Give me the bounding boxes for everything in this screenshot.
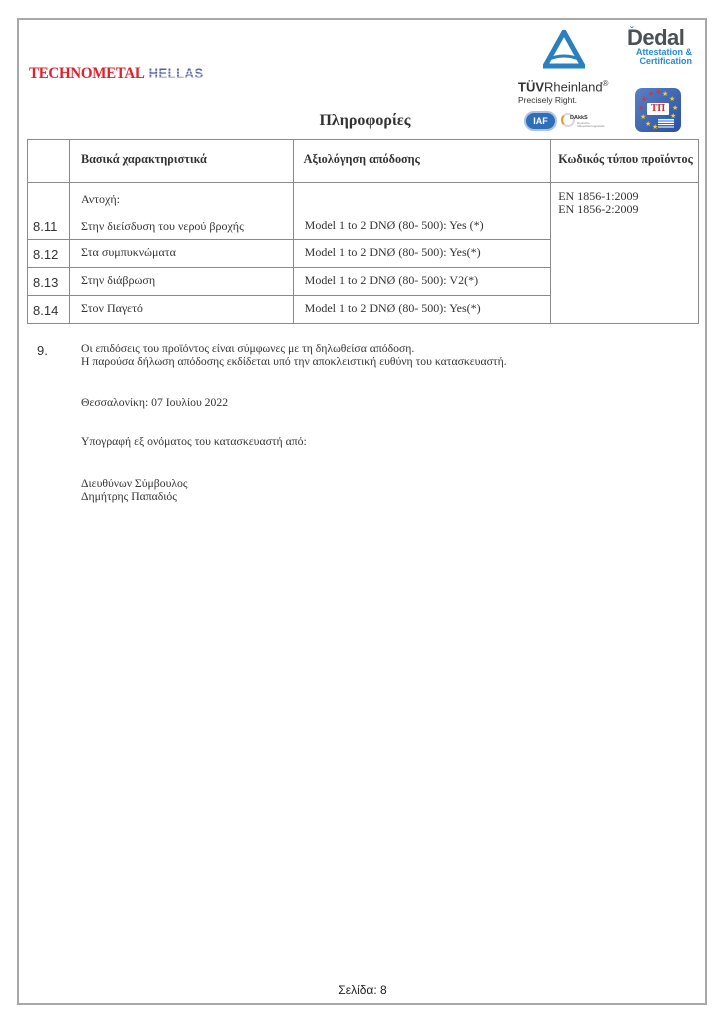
star-icon: ★ <box>645 121 651 128</box>
tuv-brand-bold: TÜV <box>518 79 544 94</box>
registered-mark: ® <box>603 79 609 88</box>
conformity-statement: Οι επιδόσεις του προϊόντος είναι σύμφωνε… <box>81 342 414 355</box>
table-header-row: Βασικά χαρακτηριστικά Αξιολόγηση απόδοση… <box>28 140 699 183</box>
row-characteristic: Στον Παγετό <box>69 296 293 324</box>
dakks-badge: DAkkS Deutsche Akkreditierungsstelle <box>561 111 601 131</box>
star-icon: ★ <box>641 96 647 103</box>
row-characteristic: Στην διάβρωση <box>69 268 293 296</box>
row-characteristic: Αντοχή: Στην διείσδυση του νερού βροχής <box>69 183 293 240</box>
star-icon: ★ <box>655 89 661 96</box>
iaf-badge: IAF <box>524 111 557 131</box>
product-code: EN 1856-2:2009 <box>558 203 698 216</box>
tp-badge: ★ ★ ★ ★ ★ ★ ★ ★ ★ ★ ★ TΠ <box>635 88 681 132</box>
row-number: 8.13 <box>28 268 70 296</box>
row-number: 8.11 <box>28 183 70 240</box>
tuv-rheinland-wordmark: TÜVRheinland® <box>518 79 608 94</box>
logo-part-hellas: HELLAS <box>149 66 204 82</box>
technometal-hellas-logo: TECHNOMETALHELLAS <box>29 66 204 85</box>
signer-title: Διευθύνων Σύμβουλος <box>81 477 188 490</box>
row-performance: Model 1 to 2 DNØ (80- 500): V2(*) <box>293 268 551 296</box>
characteristic-text: Στην διείσδυση του νερού βροχής <box>81 219 244 233</box>
greek-flag-icon <box>658 118 674 128</box>
row-characteristic: Στα συμπυκνώματα <box>69 240 293 268</box>
row-performance: Model 1 to 2 DNØ (80- 500): Yes(*) <box>293 240 551 268</box>
dakks-subtext: Deutsche Akkreditierungsstelle <box>577 122 605 128</box>
star-icon: ★ <box>648 91 654 98</box>
row-performance: Model 1 to 2 DNØ (80- 500): Yes(*) <box>293 296 551 324</box>
header-characteristics: Βασικά χαρακτηριστικά <box>69 140 293 183</box>
row-number: 8.12 <box>28 240 70 268</box>
performance-table: Βασικά χαρακτηριστικά Αξιολόγηση απόδοση… <box>27 139 699 324</box>
header-number <box>28 140 70 183</box>
row-performance: Model 1 to 2 DNØ (80- 500): Yes (*) <box>293 183 551 240</box>
signature-intro: Υπογραφή εξ ονόματος του κατασκευαστή απ… <box>81 435 307 448</box>
section-number: 9. <box>37 343 48 358</box>
page-title: Πληροφορίες <box>300 112 430 130</box>
dedal-sub-line2: Certification <box>626 57 692 66</box>
tuv-triangle-icon <box>543 30 585 70</box>
header-performance: Αξιολόγηση απόδοσης <box>293 140 551 183</box>
tp-mark: TΠ <box>647 103 669 115</box>
star-icon: ★ <box>662 91 668 98</box>
page-number: Σελίδα: 8 <box>0 983 725 997</box>
place-date: Θεσσαλονίκη: 07 Ιουλίου 2022 <box>81 396 228 409</box>
dedal-name: Dedal <box>627 25 684 50</box>
header-product-code: Κωδικός τύπου προϊόντος <box>551 140 699 183</box>
group-label: Αντοχή: <box>81 192 293 219</box>
dedal-caron-icon: ˇ <box>630 22 633 42</box>
dedal-wordmark: ˇDedal <box>627 28 692 48</box>
signer-name: Δημήτρης Παπαδιός <box>81 490 177 503</box>
table-row: 8.11 Αντοχή: Στην διείσδυση του νερού βρ… <box>28 183 699 240</box>
logo-part-technometal: TECHNOMETAL <box>29 66 145 83</box>
dedal-logo: ˇDedal Attestation & Certification <box>626 28 692 66</box>
star-icon: ★ <box>638 105 644 112</box>
star-icon: ★ <box>672 105 678 112</box>
tuv-brand-rest: Rheinland <box>544 79 603 94</box>
product-code-cell: EN 1856-1:2009 EN 1856-2:2009 <box>551 183 699 324</box>
tuv-slogan: Precisely Right. <box>518 95 577 105</box>
star-icon: ★ <box>669 96 675 103</box>
row-number: 8.14 <box>28 296 70 324</box>
responsibility-statement: Η παρούσα δήλωση απόδοσης εκδίδεται υπό … <box>81 355 507 368</box>
